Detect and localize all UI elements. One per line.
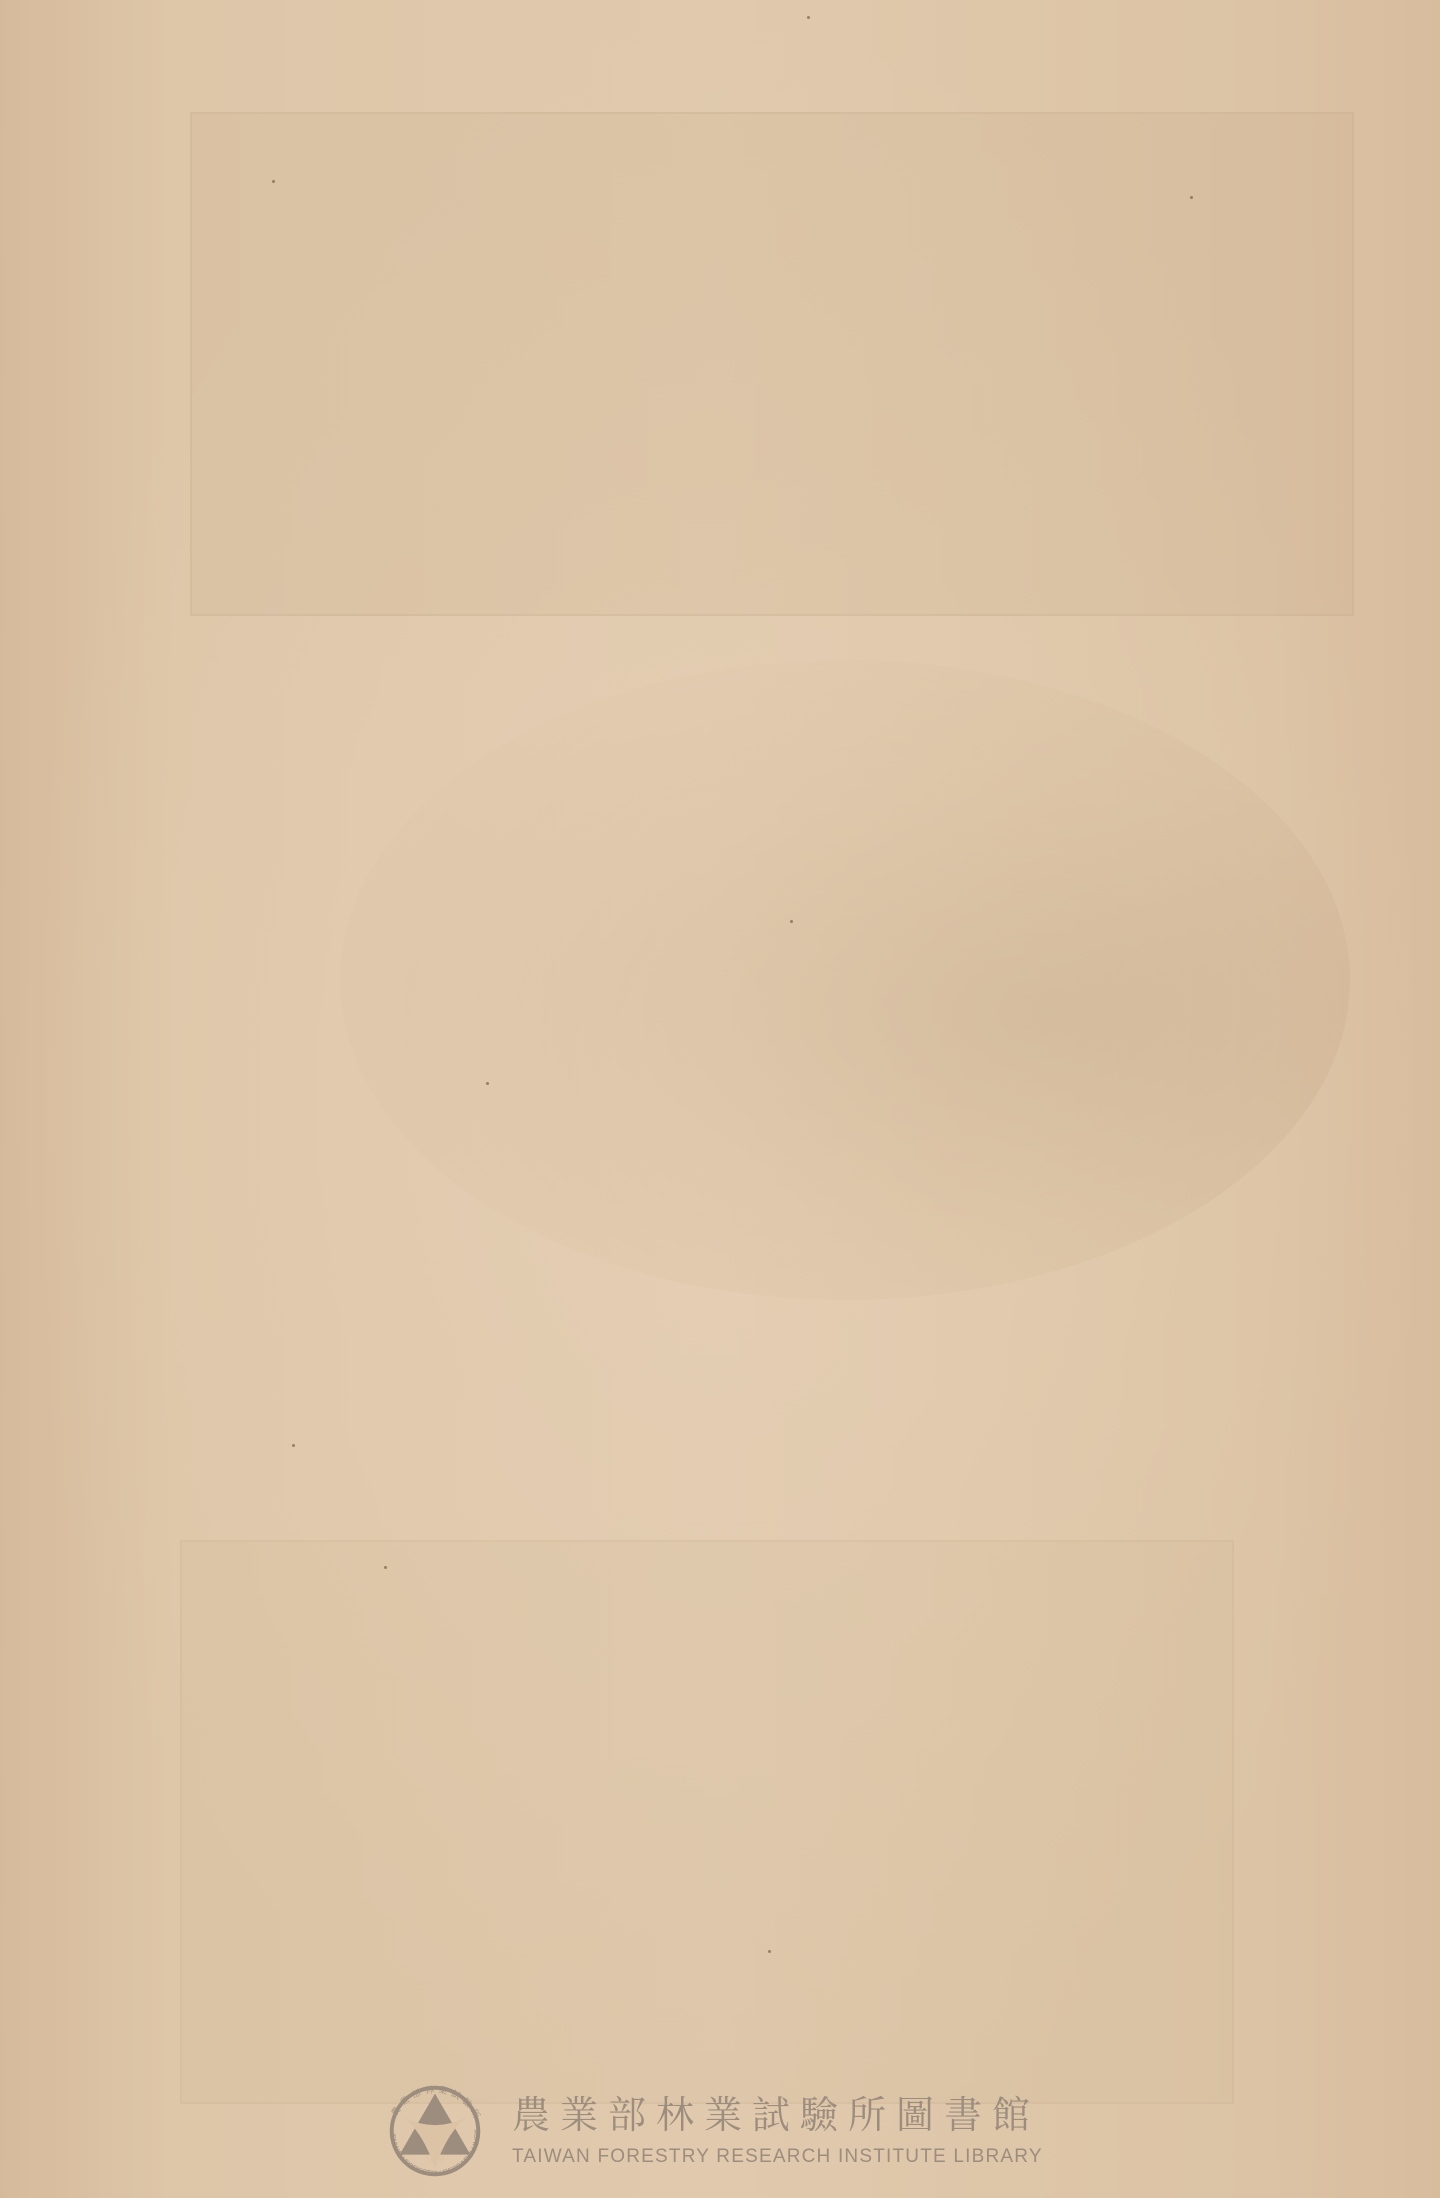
showthrough-center-oval — [340, 660, 1350, 1300]
paper-speck — [384, 1566, 387, 1569]
paper-speck — [1190, 196, 1193, 199]
showthrough-top-plate — [190, 112, 1354, 616]
library-name-chinese: 農業部林業試驗所圖書館 — [512, 2092, 1043, 2138]
paper-speck — [272, 180, 275, 183]
library-watermark: 1896 TAIWAN FORESTRY RESEARCH INSTITUTE … — [376, 2072, 1043, 2190]
library-name-english: TAIWAN FORESTRY RESEARCH INSTITUTE LIBRA… — [512, 2144, 1043, 2170]
scanned-page: 1896 TAIWAN FORESTRY RESEARCH INSTITUTE … — [0, 0, 1440, 2198]
svg-text:1896: 1896 — [425, 2154, 445, 2164]
paper-speck — [807, 16, 810, 19]
showthrough-bottom-plate — [180, 1540, 1234, 2104]
paper-speck — [790, 920, 793, 923]
paper-speck — [292, 1444, 295, 1447]
tfri-logo-icon: 1896 TAIWAN FORESTRY RESEARCH INSTITUTE … — [376, 2072, 494, 2190]
paper-speck — [768, 1950, 771, 1953]
paper-speck — [486, 1082, 489, 1085]
